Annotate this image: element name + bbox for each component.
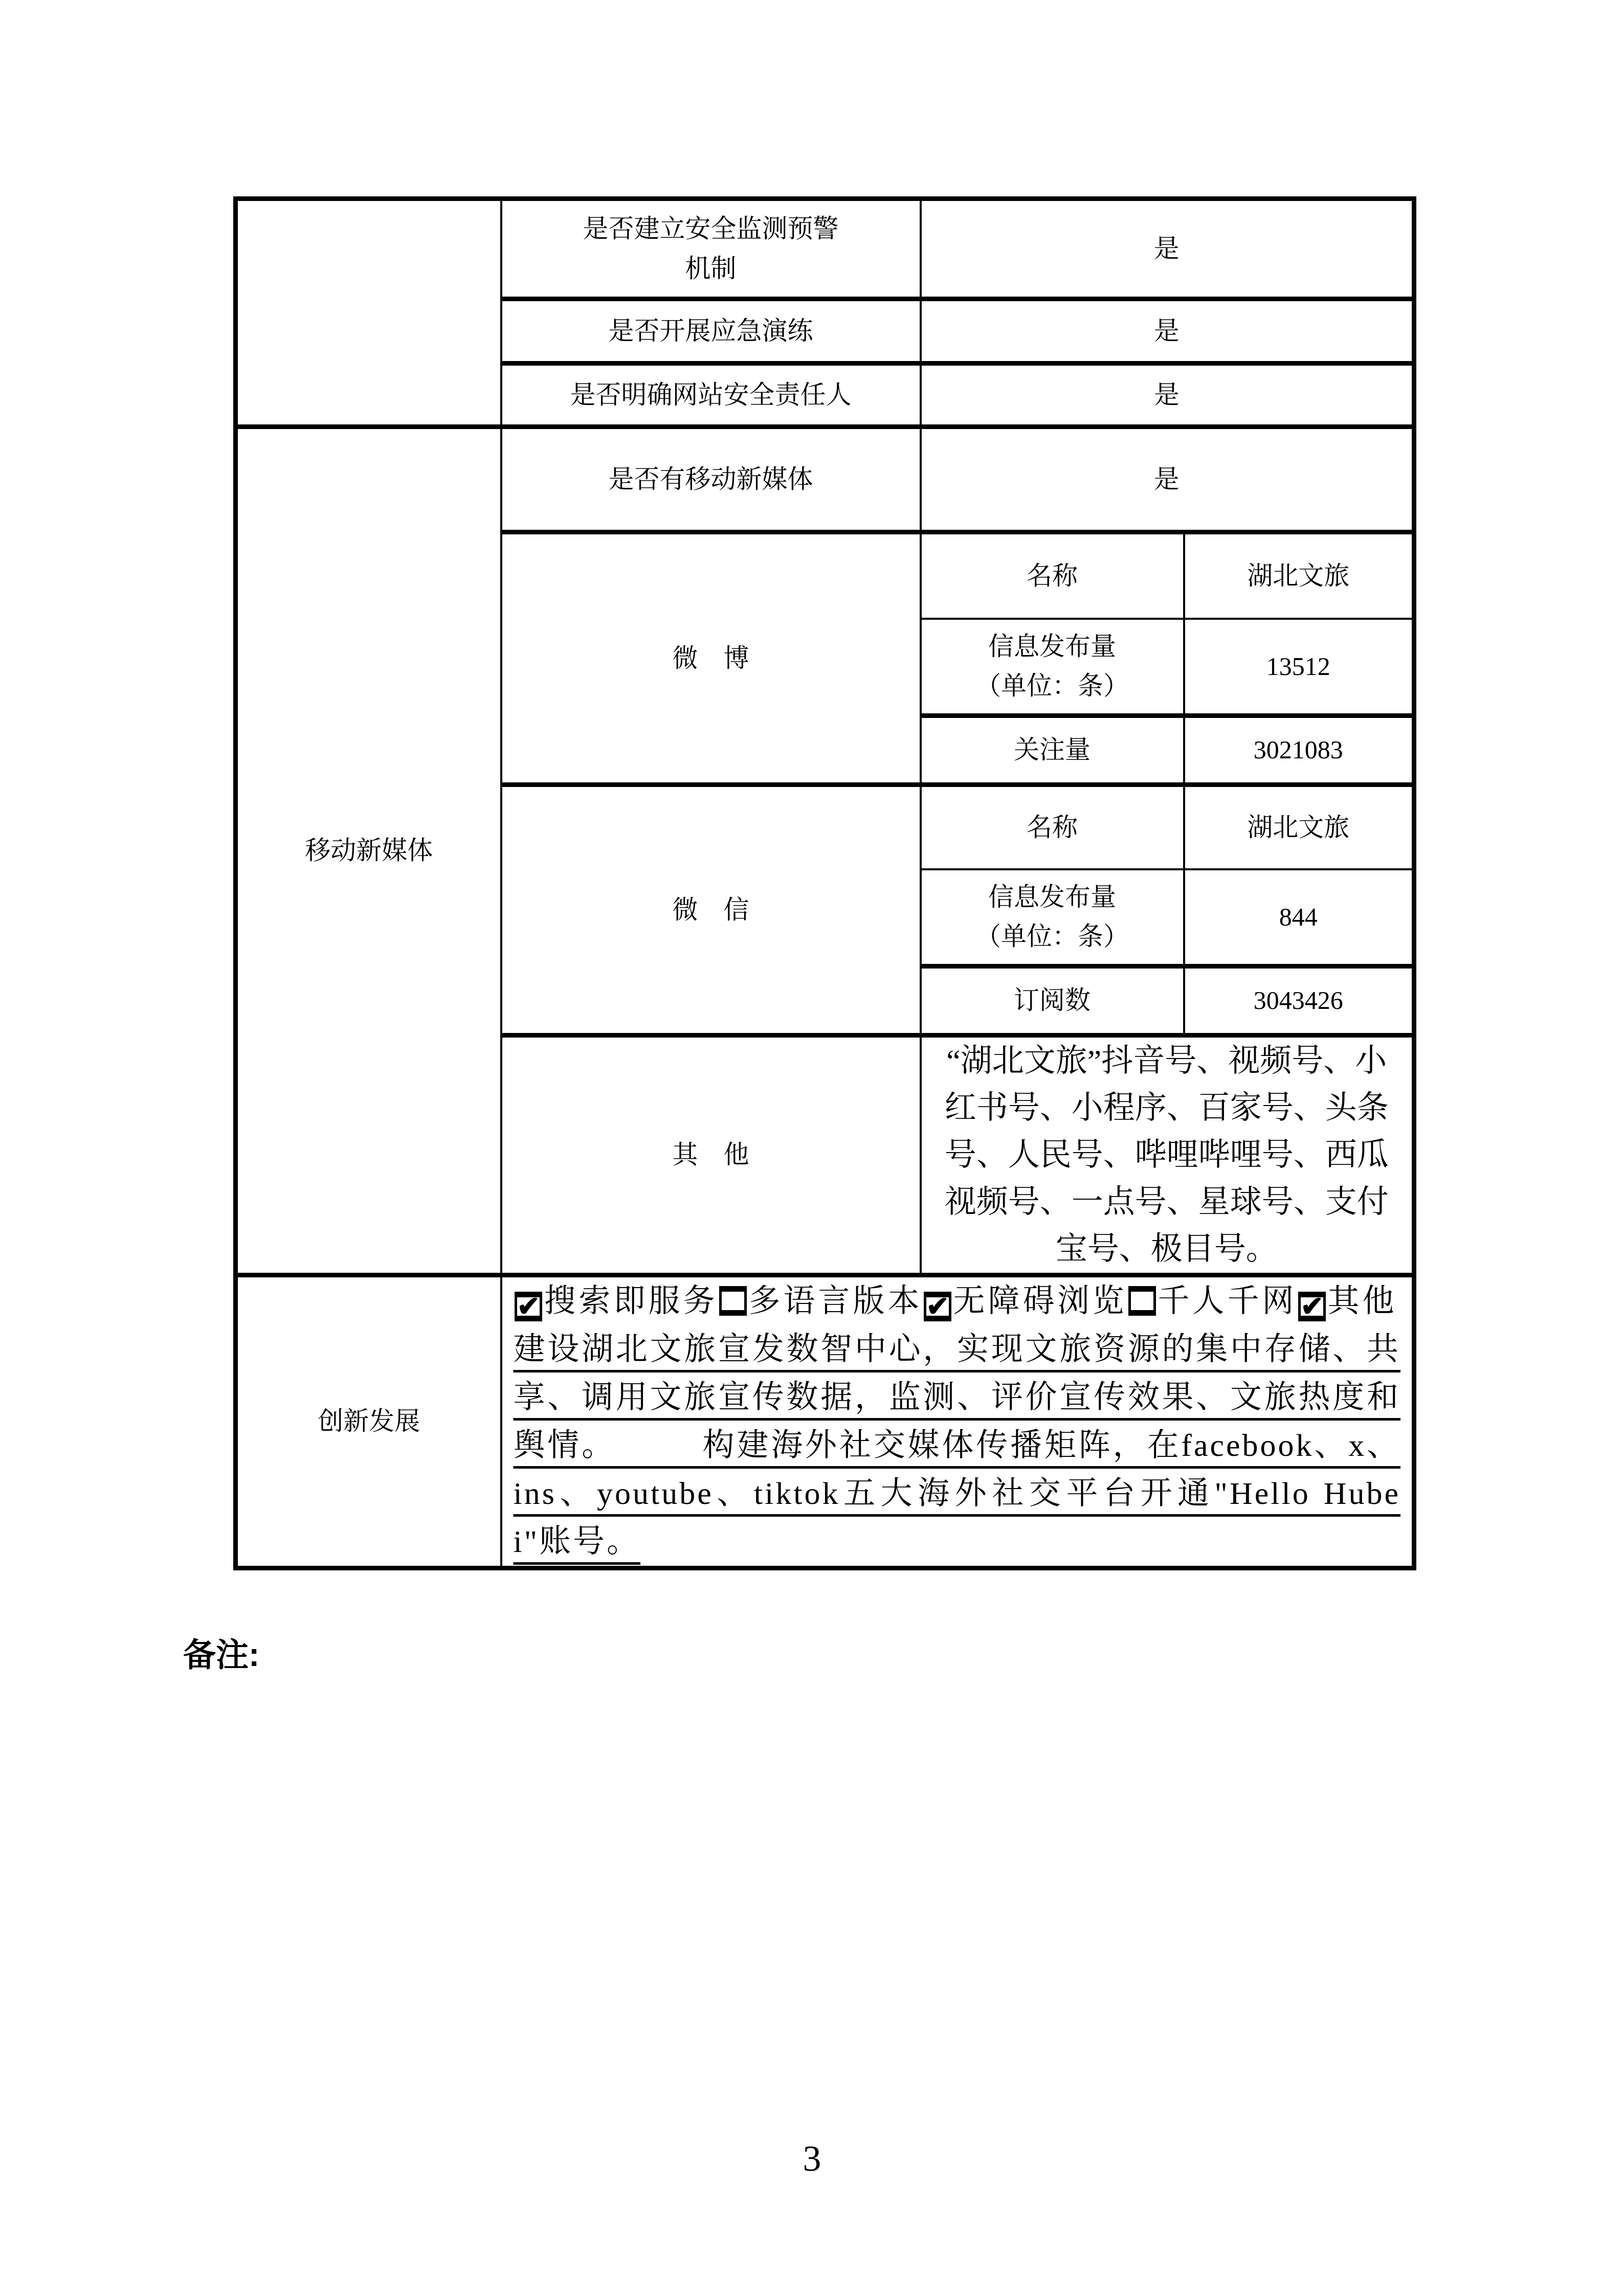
row-label: 是否明确网站安全责任人 — [501, 364, 921, 427]
checkbox-checked-icon: ✔ — [924, 1292, 951, 1321]
row-value: 是 — [921, 199, 1414, 299]
checkbox-label: 无障碍浏览 — [953, 1284, 1127, 1319]
checkbox-checked-icon: ✔ — [515, 1292, 542, 1321]
table-row: 创新发展 ✔搜索即服务多语言版本✔无障碍浏览千人千网✔其他 建设湖北文旅宣发数智… — [236, 1275, 1414, 1568]
sub-label: 信息发布量 （单位：条） — [921, 869, 1184, 966]
category-cell-empty — [236, 199, 501, 427]
row-label: 是否建立安全监测预警 机制 — [501, 199, 921, 299]
checkbox-unchecked-icon — [719, 1286, 747, 1316]
checkbox-label: 多语言版本 — [749, 1284, 923, 1319]
other-platforms-text: “湖北文旅”抖音号、视频号、小红书号、小程序、百家号、头条号、人民号、哔哩哔哩号… — [921, 1036, 1414, 1275]
row-value: 是 — [921, 299, 1414, 364]
sub-value: 湖北文旅 — [1184, 785, 1414, 869]
sub-value: 13512 — [1184, 619, 1414, 716]
sub-value: 844 — [1184, 869, 1414, 966]
page-number: 3 — [0, 2137, 1624, 2180]
row-value: 是 — [921, 364, 1414, 427]
remark-label: 备注: — [183, 1629, 259, 1676]
row-label: 是否开展应急演练 — [501, 299, 921, 364]
checkbox-label: 其他 — [1328, 1284, 1397, 1319]
sub-label: 关注量 — [921, 716, 1184, 785]
sub-value: 3043426 — [1184, 966, 1414, 1036]
sub-label: 名称 — [921, 785, 1184, 869]
innovation-cell: ✔搜索即服务多语言版本✔无障碍浏览千人千网✔其他 建设湖北文旅宣发数智中心，实现… — [501, 1275, 1414, 1568]
innovation-description: 建设湖北文旅宣发数智中心，实现文旅资源的集中存储、共享、调用文旅宣传数据，监测、… — [514, 1325, 1401, 1566]
row-label: 是否有移动新媒体 — [501, 427, 921, 532]
checkbox-unchecked-icon — [1128, 1286, 1156, 1316]
row-value: 是 — [921, 427, 1414, 532]
checkbox-label: 搜索即服务 — [544, 1284, 718, 1319]
table-row: 是否建立安全监测预警 机制 是 — [236, 199, 1414, 299]
category-cell-innovation: 创新发展 — [236, 1275, 501, 1568]
sub-label: 信息发布量 （单位：条） — [921, 619, 1184, 716]
table-row: 移动新媒体 是否有移动新媒体 是 — [236, 427, 1414, 532]
platform-cell-wechat: 微 信 — [501, 785, 921, 1036]
sub-value: 湖北文旅 — [1184, 532, 1414, 619]
document-page: 是否建立安全监测预警 机制 是 是否开展应急演练 是 是否明确网站安全责任人 是… — [0, 0, 1624, 2296]
platform-cell-weibo: 微 博 — [501, 532, 921, 785]
sub-label: 订阅数 — [921, 966, 1184, 1036]
sub-label: 名称 — [921, 532, 1184, 619]
category-cell-mobile-media: 移动新媒体 — [236, 427, 501, 1275]
platform-cell-other: 其 他 — [501, 1036, 921, 1275]
checkbox-row: ✔搜索即服务多语言版本✔无障碍浏览千人千网✔其他 — [514, 1277, 1401, 1325]
checkbox-checked-icon: ✔ — [1298, 1292, 1326, 1321]
sub-value: 3021083 — [1184, 716, 1414, 785]
checkbox-label: 千人千网 — [1158, 1284, 1297, 1319]
report-table: 是否建立安全监测预警 机制 是 是否开展应急演练 是 是否明确网站安全责任人 是… — [233, 196, 1416, 1570]
